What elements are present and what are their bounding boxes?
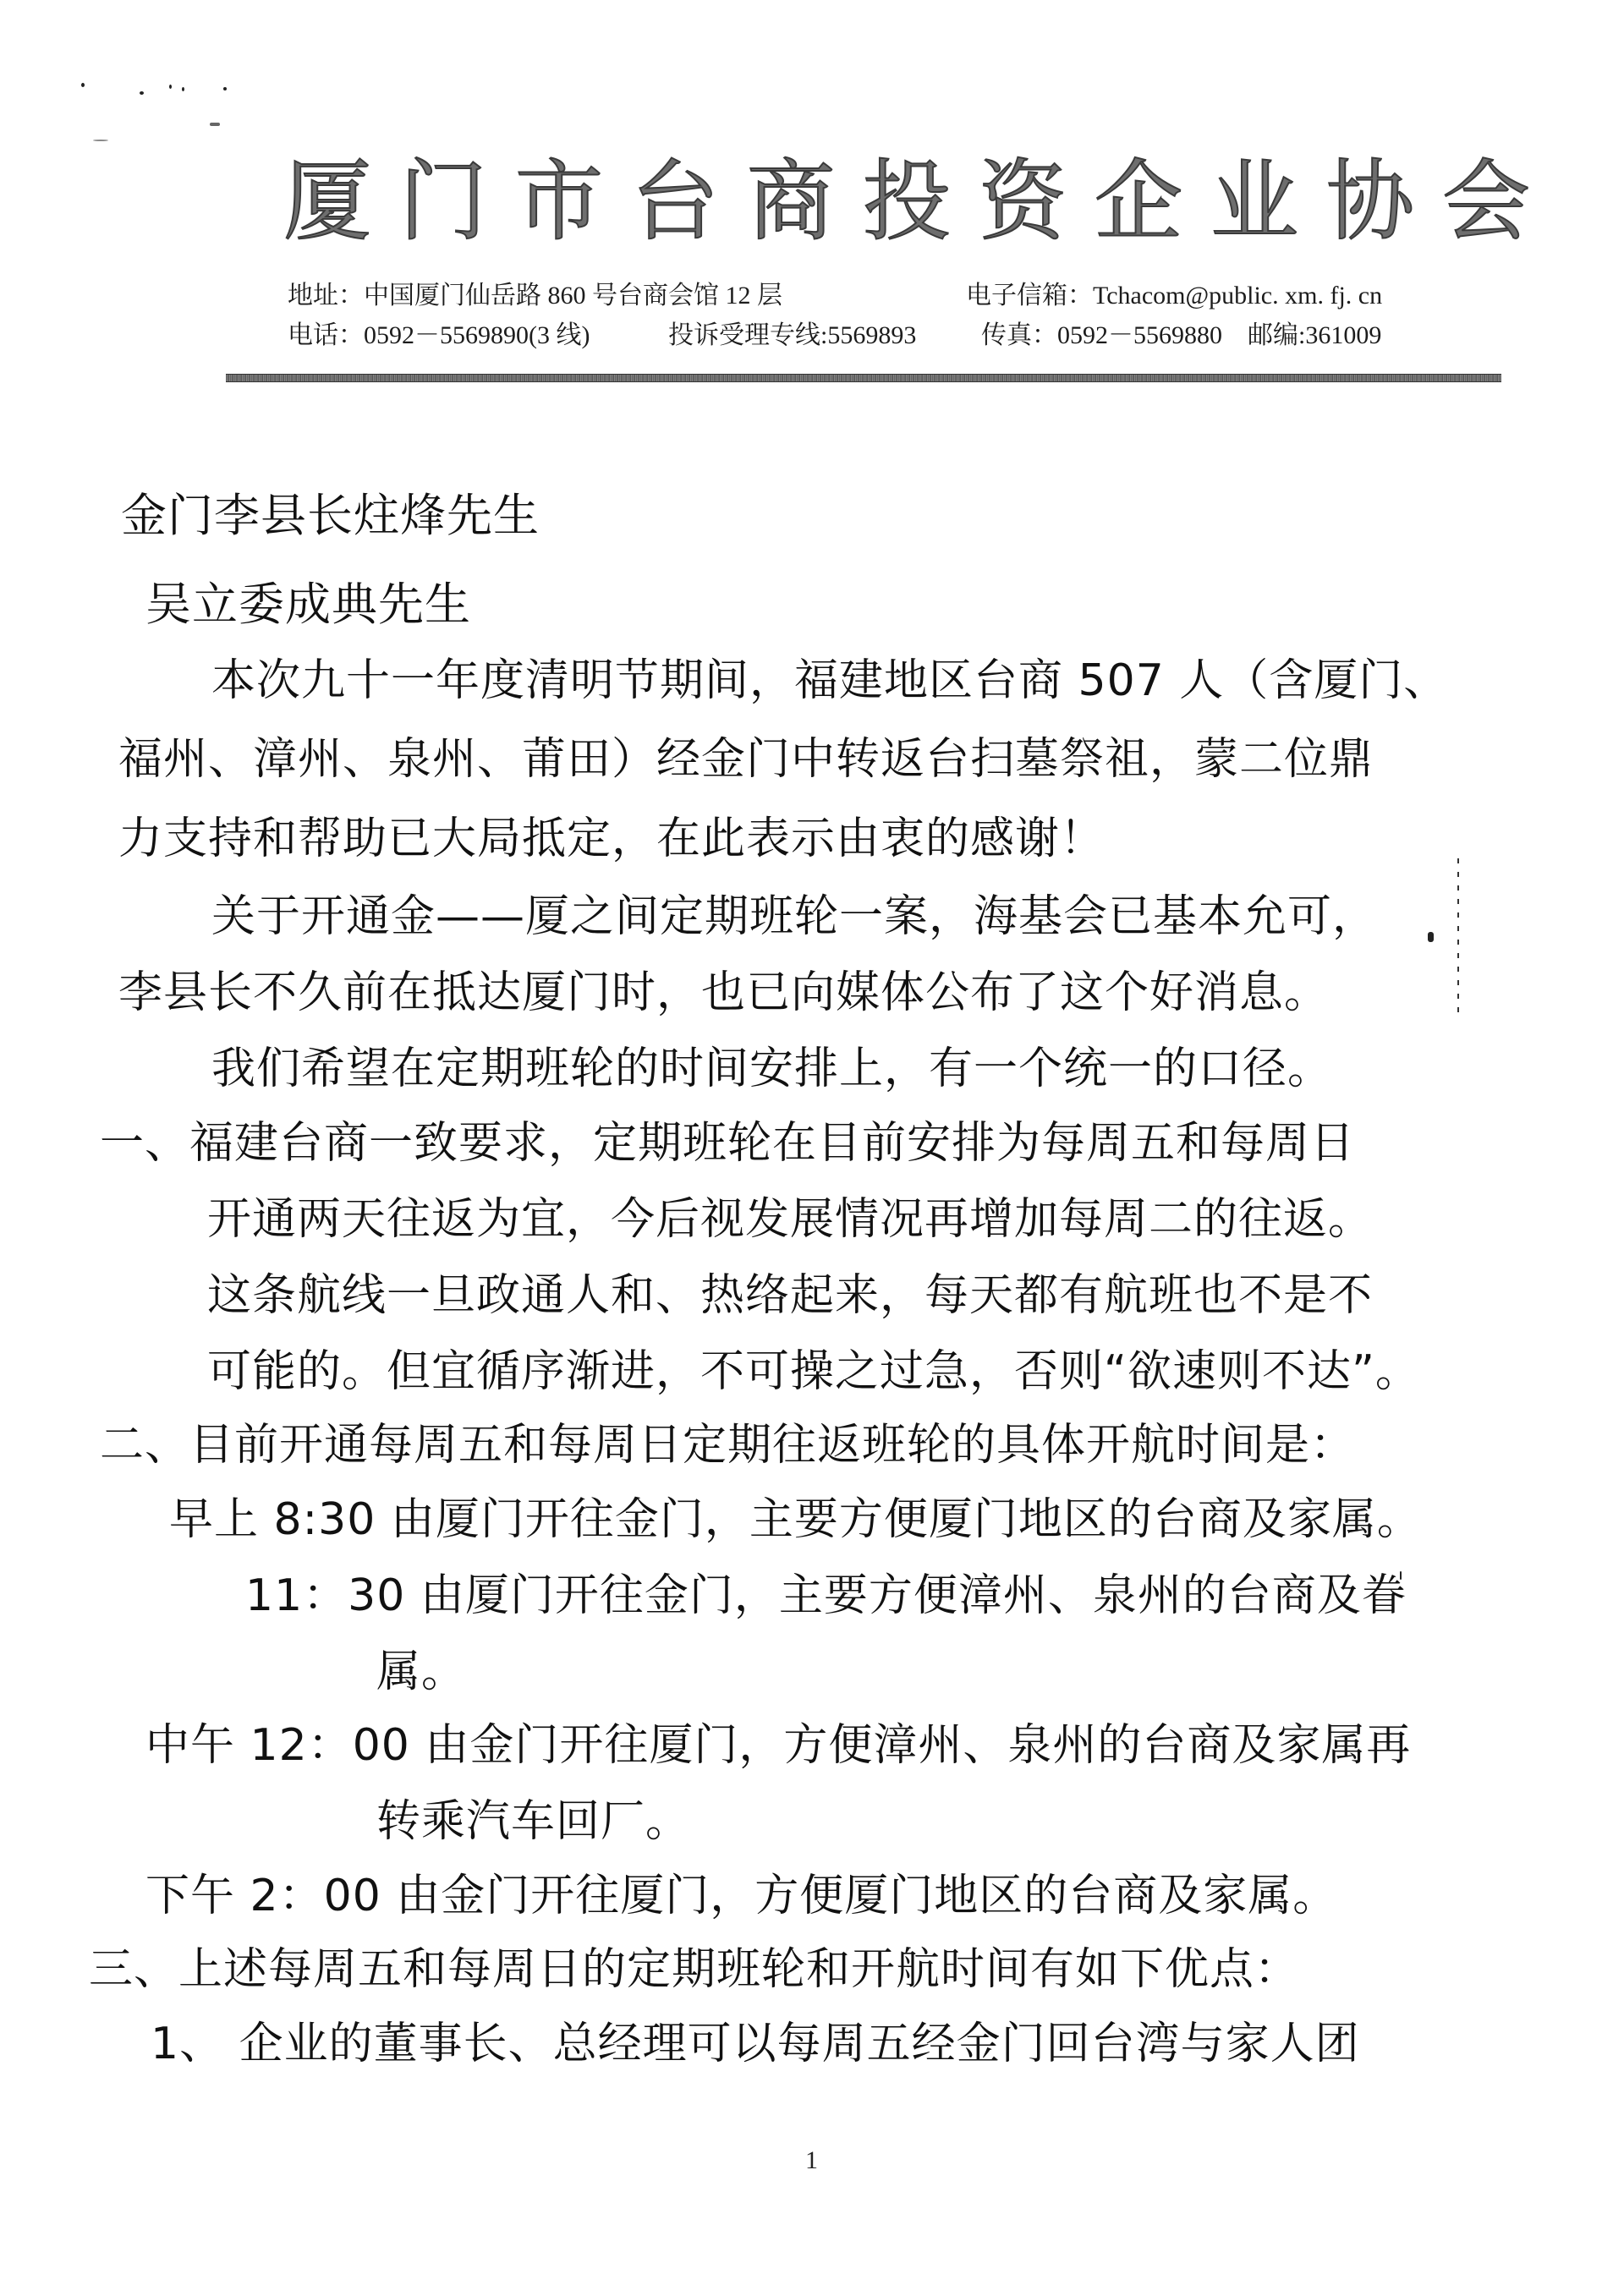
item-two-heading: 二、目前开通每周五和每周日定期往返班轮的具体开航时间是：	[100, 1418, 1355, 1472]
item-one-line-1: 一、福建台商一致要求，定期班轮在目前安排为每周五和每周日	[100, 1116, 1355, 1170]
schedule-0830: 早上 8:30 由厦门开往金门，主要方便厦门地区的台商及家属。	[169, 1493, 1422, 1547]
letterhead-complaint-line: 投诉受理专线:5569893	[668, 319, 916, 353]
item-three-heading: 三、上述每周五和每周日的定期班轮和开航时间有如下优点：	[89, 1943, 1299, 1997]
item-one-line-4: 可能的。但宜循序渐进，不可操之过急，否则“欲速则不达”。	[207, 1345, 1420, 1399]
letterhead-telephone: 电话：0592－5569890(3 线)	[288, 319, 590, 353]
scan-speck	[210, 123, 220, 126]
item-one-line-2: 开通两天往返为宜，今后视发展情况再增加每周二的往返。	[207, 1192, 1373, 1247]
schedule-1130: 11：30 由厦门开往金门，主要方便漳州、泉州的台商及眷	[245, 1569, 1407, 1623]
body-line-2: 福州、漳州、泉州、莆田）经金门中转返台扫墓祭祖，蒙二位鼎	[118, 732, 1374, 786]
scan-speck	[1400, 1571, 1402, 1580]
body-line-6: 我们希望在定期班轮的时间安排上，有一个统一的口径。	[211, 1042, 1332, 1096]
body-line-5: 李县长不久前在抵达厦门时，也已向媒体公布了这个好消息。	[118, 966, 1329, 1020]
document-page: 厦门市台商投资企业协会 地址：中国厦门仙岳路 860 号台商会馆 12 层 电子…	[0, 0, 1624, 2296]
item-one-line-3: 这条航线一旦政通人和、热络起来，每天都有航班也不是不	[207, 1269, 1373, 1323]
scan-speck	[182, 87, 184, 91]
schedule-1200: 中午 12：00 由金门开往厦门，方便漳州、泉州的台商及家属再	[145, 1718, 1411, 1773]
body-line-3: 力支持和帮助已大局抵定，在此表示由衷的感谢！	[118, 812, 1105, 866]
salutation-legislator: 吴立委成典先生	[145, 578, 471, 632]
letterhead-email: 电子信箱：Tchacom@public. xm. fj. cn	[966, 279, 1382, 313]
schedule-1400: 下午 2：00 由金门开往厦门，方便厦门地区的台商及家属。	[145, 1869, 1337, 1923]
body-line-1: 本次九十一年度清明节期间，福建地区台商 507 人（含厦门、	[211, 654, 1448, 708]
letterhead-title: 厦门市台商投资企业协会	[283, 151, 1558, 252]
letterhead-address: 地址：中国厦门仙岳路 860 号台商会馆 12 层	[288, 279, 782, 313]
scan-speck	[1428, 932, 1434, 942]
item-three-point-one: 1、 企业的董事长、总经理可以每周五经金门回台湾与家人团	[151, 2017, 1360, 2071]
body-line-4: 关于开通金——厦之间定期班轮一案，海基会已基本允可，	[211, 890, 1377, 944]
scan-speck	[93, 140, 108, 141]
scan-speck	[169, 85, 172, 89]
letterhead-fax: 传真：0592－5569880	[981, 319, 1222, 353]
page-number: 1	[805, 2146, 818, 2175]
schedule-1200-cont: 转乘汽车回厂。	[376, 1795, 690, 1849]
scan-margin-mark	[1457, 858, 1459, 1019]
salutation-county-magistrate: 金门李县长炷烽先生	[121, 489, 540, 543]
scan-speck	[81, 83, 85, 87]
letterhead-postcode: 邮编:361009	[1248, 319, 1381, 353]
schedule-1130-cont: 属。	[376, 1645, 466, 1699]
letterhead-divider	[226, 374, 1501, 382]
scan-speck	[223, 87, 227, 90]
scan-speck	[140, 91, 144, 95]
